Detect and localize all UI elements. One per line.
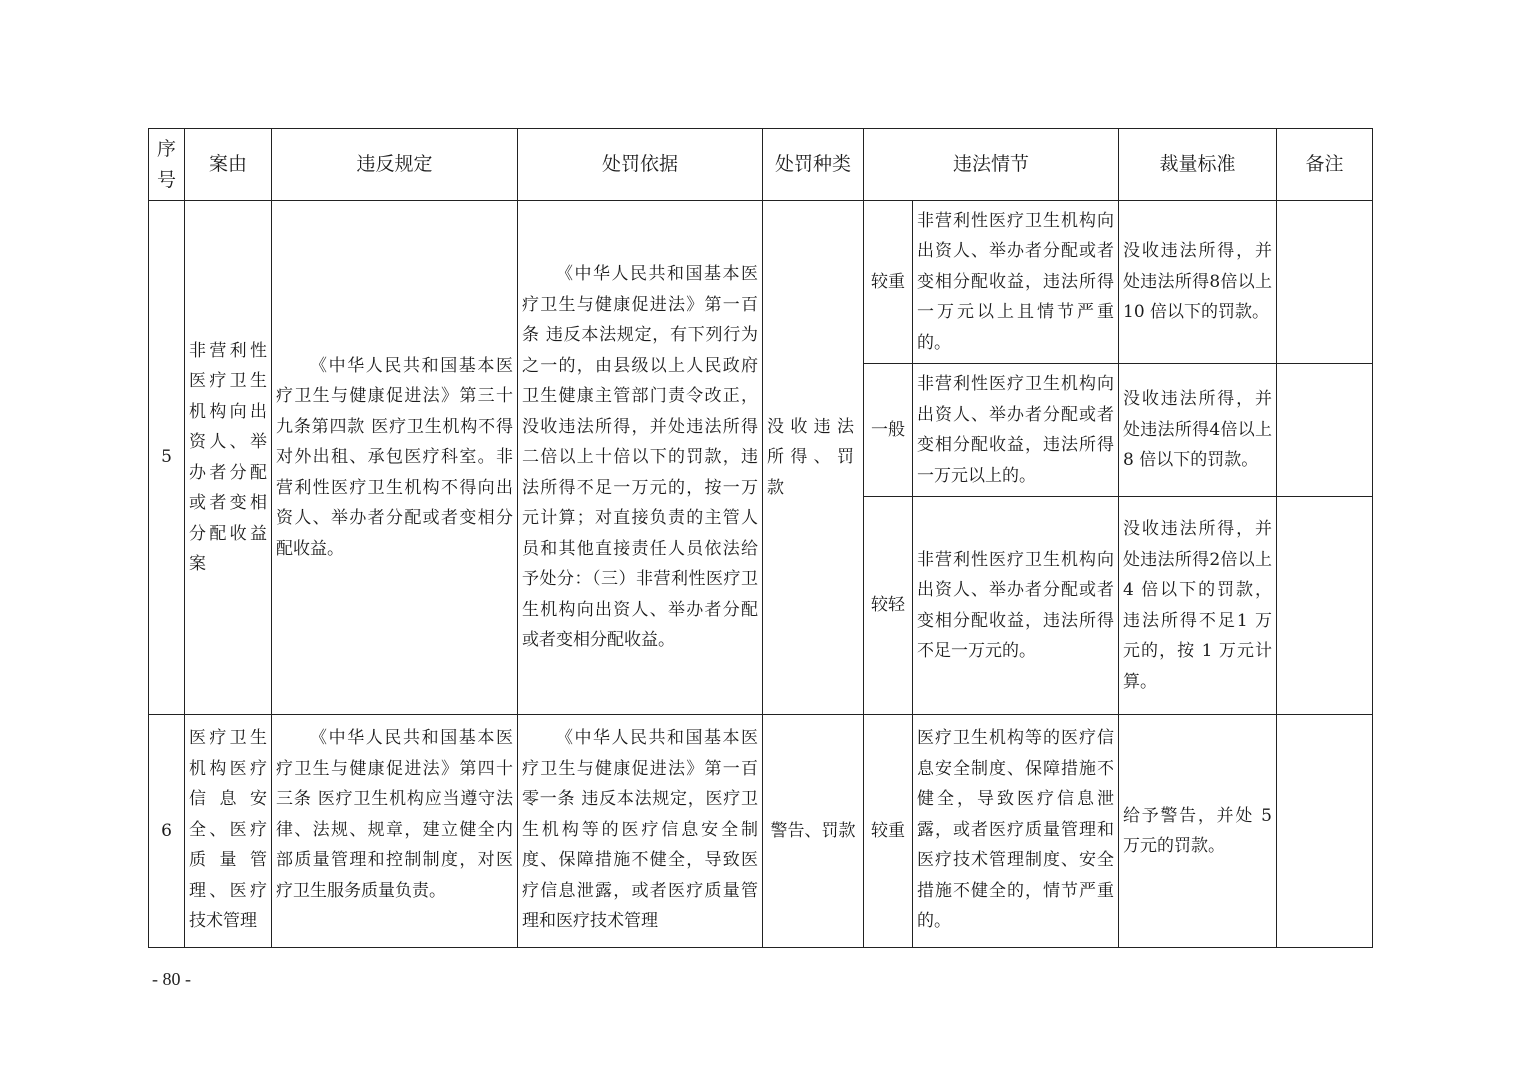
- circumstance: 非营利性医疗卫生机构向出资人、举办者分配或者变相分配收益，违法所得不足一万元的。: [913, 497, 1119, 715]
- header-circumstances: 违法情节: [864, 129, 1119, 201]
- table-header-row: 序 号 案由 违反规定 处罚依据 处罚种类 违法情节 裁量标准 备注: [149, 129, 1373, 201]
- header-case: 案由: [185, 129, 272, 201]
- level: 较重: [864, 201, 913, 364]
- discretion-standard: 给予警告，并处 5 万元的罚款。: [1119, 715, 1277, 948]
- table-row: 6 医疗卫生机构医疗信息安全、医疗质量管理、医疗技术管理 《中华人民共和国基本医…: [149, 715, 1373, 948]
- header-penalty-type: 处罚种类: [763, 129, 864, 201]
- document-page: 序 号 案由 违反规定 处罚依据 处罚种类 违法情节 裁量标准 备注 5 非营利…: [0, 0, 1520, 1074]
- discretion-standard: 没收违法所得，并处违法所得4倍以上 8 倍以下的罚款。: [1119, 364, 1277, 497]
- circumstance: 非营利性医疗卫生机构向出资人、举办者分配或者变相分配收益，违法所得一万元以上的。: [913, 364, 1119, 497]
- discretion-standard: 没收违法所得，并处违法所得2倍以上 4 倍以下的罚款，违法所得不足1 万元的，按…: [1119, 497, 1277, 715]
- header-violated-rule: 违反规定: [272, 129, 518, 201]
- violated-rule: 《中华人民共和国基本医疗卫生与健康促进法》第四十三条 医疗卫生机构应当遵守法律、…: [272, 715, 518, 948]
- remarks: [1277, 201, 1373, 364]
- circumstance: 医疗卫生机构等的医疗信息安全制度、保障措施不健全，导致医疗信息泄露，或者医疗质量…: [913, 715, 1119, 948]
- remarks: [1277, 715, 1373, 948]
- level: 较重: [864, 715, 913, 948]
- penalty-type: 没收违法所得、罚款: [763, 201, 864, 715]
- header-remarks: 备注: [1277, 129, 1373, 201]
- row-number: 6: [149, 715, 185, 948]
- penalty-type: 警告、罚款: [763, 715, 864, 948]
- penalty-basis: 《中华人民共和国基本医疗卫生与健康促进法》第一百零一条 违反本法规定，医疗卫生机…: [518, 715, 763, 948]
- table-row: 5 非营利性医疗卫生机构向出资人、举办者分配或者变相分配收益案 《中华人民共和国…: [149, 201, 1373, 364]
- circumstance: 非营利性医疗卫生机构向出资人、举办者分配或者变相分配收益，违法所得一万元以上且情…: [913, 201, 1119, 364]
- level: 一般: [864, 364, 913, 497]
- violated-rule: 《中华人民共和国基本医疗卫生与健康促进法》第三十九条第四款 医疗卫生机构不得对外…: [272, 201, 518, 715]
- penalty-basis: 《中华人民共和国基本医疗卫生与健康促进法》第一百条 违反本法规定，有下列行为之一…: [518, 201, 763, 715]
- penalty-discretion-table: 序 号 案由 违反规定 处罚依据 处罚种类 违法情节 裁量标准 备注 5 非营利…: [148, 128, 1373, 948]
- case-name: 医疗卫生机构医疗信息安全、医疗质量管理、医疗技术管理: [185, 715, 272, 948]
- header-standard: 裁量标准: [1119, 129, 1277, 201]
- page-number: - 80 -: [152, 969, 191, 990]
- remarks: [1277, 364, 1373, 497]
- remarks: [1277, 497, 1373, 715]
- level: 较轻: [864, 497, 913, 715]
- header-no-label: 序 号: [149, 134, 184, 195]
- penalty-type-text: 没收违法所得、罚款: [767, 417, 859, 498]
- case-name: 非营利性医疗卫生机构向出资人、举办者分配或者变相分配收益案: [185, 201, 272, 715]
- row-number: 5: [149, 201, 185, 715]
- header-penalty-basis: 处罚依据: [518, 129, 763, 201]
- discretion-standard: 没收违法所得，并处违法所得8倍以上 10 倍以下的罚款。: [1119, 201, 1277, 364]
- header-no: 序 号: [149, 129, 185, 201]
